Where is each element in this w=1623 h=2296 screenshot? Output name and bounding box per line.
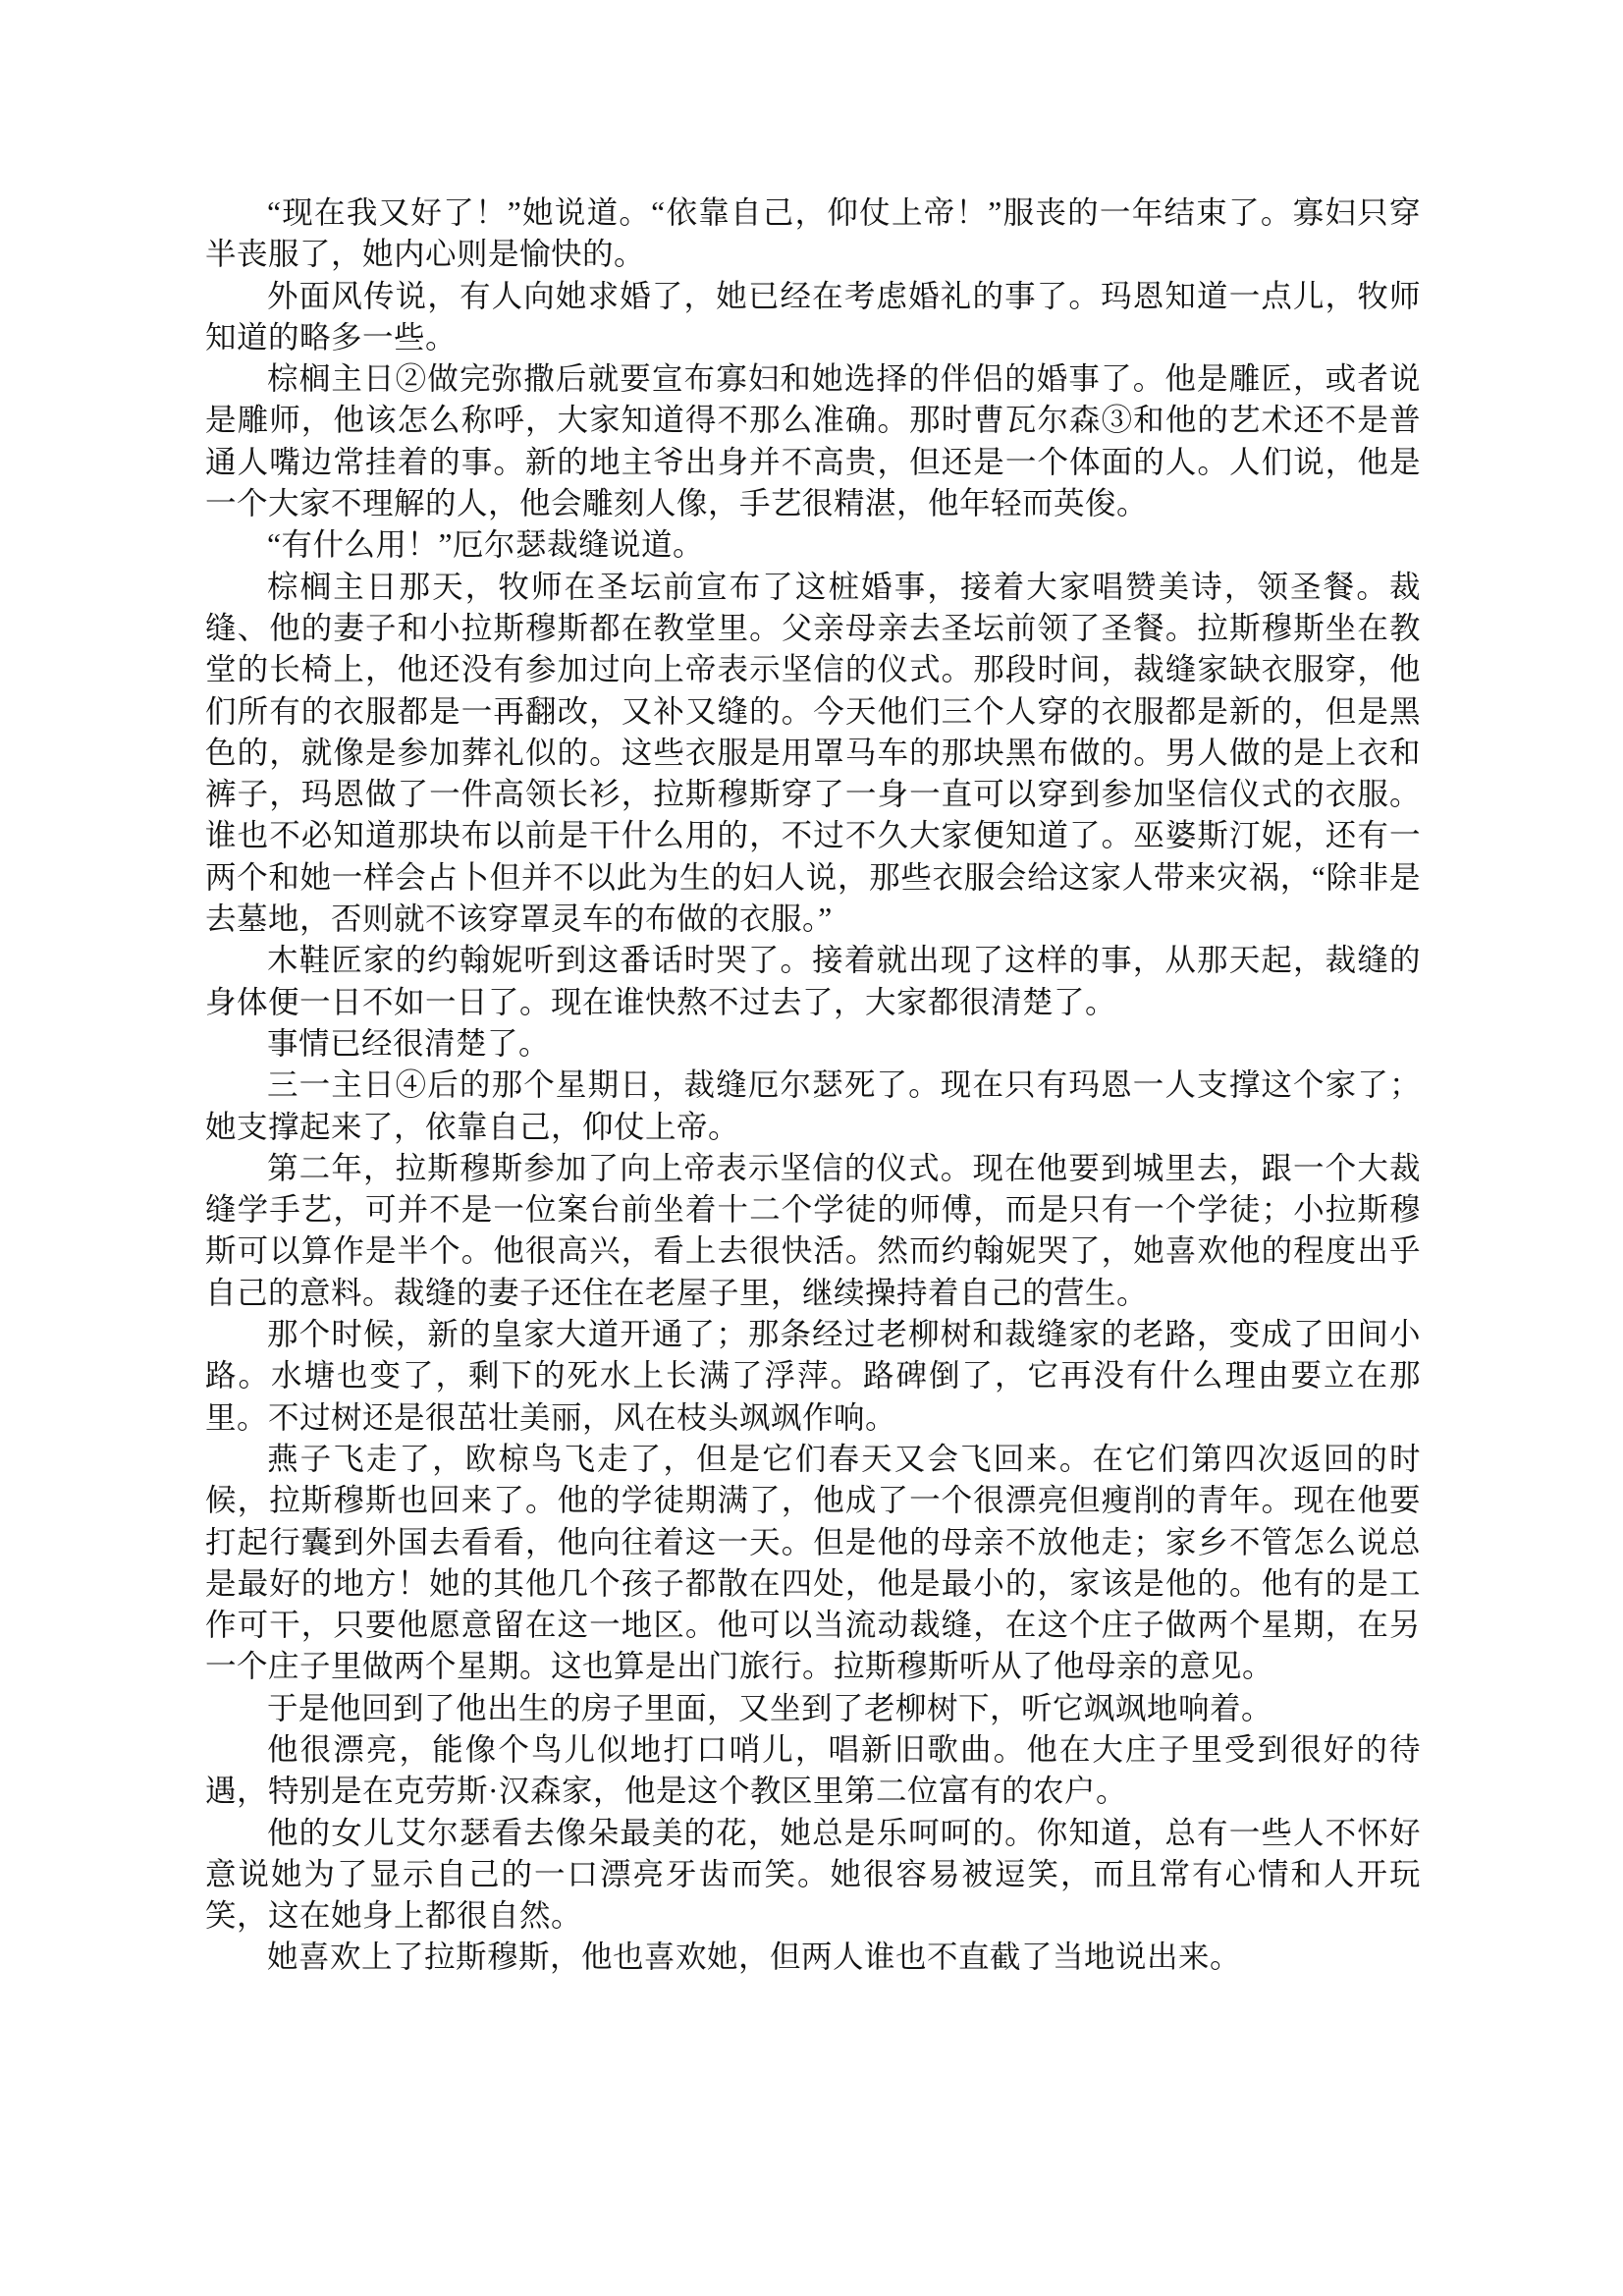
paragraph: 第二年，拉斯穆斯参加了向上帝表示坚信的仪式。现在他要到城里去，跟一个大裁缝学手艺… [205, 1148, 1421, 1314]
paragraph: 她喜欢上了拉斯穆斯，他也喜欢她，但两人谁也不直截了当地说出来。 [205, 1937, 1421, 1978]
paragraph: “有什么用！”厄尔瑟裁缝说道。 [205, 524, 1421, 566]
paragraph: 事情已经很清楚了。 [205, 1023, 1421, 1065]
document-page: “现在我又好了！”她说道。“依靠自己，仰仗上帝！”服丧的一年结束了。寡妇只穿半丧… [0, 0, 1623, 2296]
paragraph: 三一主日④后的那个星期日，裁缝厄尔瑟死了。现在只有玛恩一人支撑这个家了；她支撑起… [205, 1065, 1421, 1148]
paragraph: 他很漂亮，能像个鸟儿似地打口哨儿，唱新旧歌曲。他在大庄子里受到很好的待遇，特别是… [205, 1729, 1421, 1813]
paragraph: 木鞋匠家的约翰妮听到这番话时哭了。接着就出现了这样的事，从那天起，裁缝的身体便一… [205, 940, 1421, 1023]
paragraph: 棕榈主日那天，牧师在圣坛前宣布了这桩婚事，接着大家唱赞美诗，领圣餐。裁缝、他的妻… [205, 567, 1421, 941]
story-text-block: “现在我又好了！”她说道。“依靠自己，仰仗上帝！”服丧的一年结束了。寡妇只穿半丧… [205, 192, 1421, 1979]
paragraph: 那个时候，新的皇家大道开通了；那条经过老柳树和裁缝家的老路，变成了田间小路。水塘… [205, 1314, 1421, 1439]
paragraph: 他的女儿艾尔瑟看去像朵最美的花，她总是乐呵呵的。你知道，总有一些人不怀好意说她为… [205, 1813, 1421, 1938]
paragraph: 棕榈主日②做完弥撒后就要宣布寡妇和她选择的伴侣的婚事了。他是雕匠，或者说是雕师，… [205, 358, 1421, 524]
paragraph: 外面风传说，有人向她求婚了，她已经在考虑婚礼的事了。玛恩知道一点儿，牧师知道的略… [205, 276, 1421, 359]
paragraph: 燕子飞走了，欧椋鸟飞走了，但是它们春天又会飞回来。在它们第四次返回的时候，拉斯穆… [205, 1439, 1421, 1688]
paragraph: “现在我又好了！”她说道。“依靠自己，仰仗上帝！”服丧的一年结束了。寡妇只穿半丧… [205, 192, 1421, 276]
paragraph: 于是他回到了他出生的房子里面，又坐到了老柳树下，听它飒飒地响着。 [205, 1688, 1421, 1729]
